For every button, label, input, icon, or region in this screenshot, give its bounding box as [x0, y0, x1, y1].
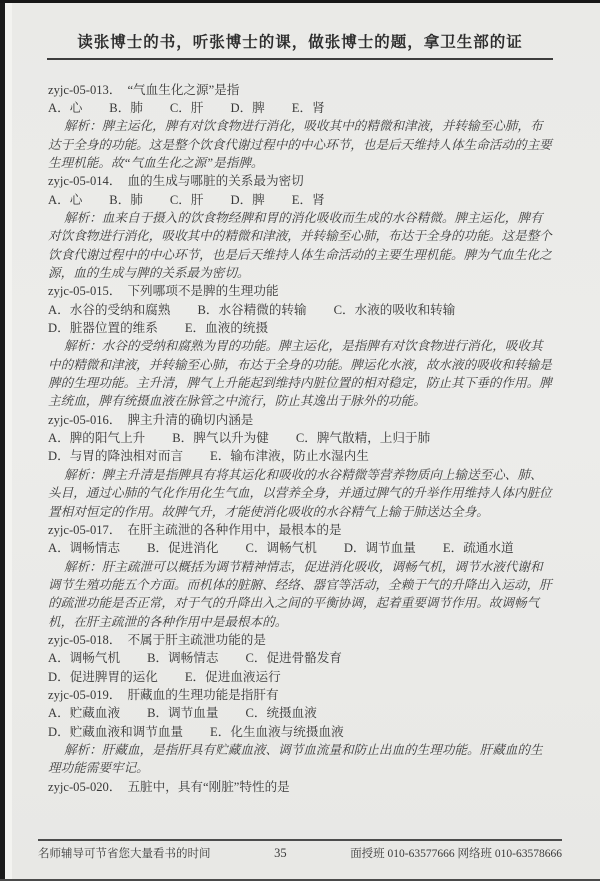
question-block: zyjc-05-020．五脏中，具有“刚脏”特性的是: [48, 778, 555, 796]
option-item: B．脾气以升为健: [172, 429, 269, 447]
options-line: D．与胃的降浊相对而言E．输布津液，防止水湿内生: [48, 447, 555, 465]
options-line: A．心B．肺C．肝D．脾E．肾: [48, 191, 555, 209]
questions-content: zyjc-05-013．“气血生化之源”是指 A．心B．肺C．肝D．脾E．肾 解…: [48, 81, 555, 796]
option-item: C．调畅气机: [245, 539, 316, 557]
analysis-label: 解析：: [64, 468, 102, 482]
option-item: C．肝: [170, 99, 204, 117]
question-id: zyjc-05-013．: [48, 83, 121, 97]
question-block: zyjc-05-014．血的生成与哪脏的关系最为密切 A．心B．肺C．肝D．脾E…: [48, 172, 555, 282]
analysis-paragraph: 解析：脾主运化，脾有对饮食物进行消化，吸收其中的精微和津液，并转输至心肺，布达于…: [48, 117, 555, 172]
question-id: zyjc-05-016．: [48, 413, 121, 427]
header-rule: [47, 58, 553, 60]
option-item: B．促进消化: [147, 539, 218, 557]
question-id: zyjc-05-019．: [48, 688, 121, 702]
question-stem-text: 在肝主疏泄的各种作用中，最根本的是: [127, 523, 341, 537]
question-block: zyjc-05-013．“气血生化之源”是指 A．心B．肺C．肝D．脾E．肾 解…: [48, 81, 555, 173]
option-item: E．血液的统摄: [185, 319, 268, 337]
option-item: E．疏通水道: [443, 539, 514, 557]
option-item: D．调节血量: [344, 539, 416, 557]
option-item: E．促进血液运行: [185, 668, 281, 686]
analysis-text: 脾主升清是指脾具有将其运化和吸收的水谷精微等营养物质向上输送至心、肺、头目，通过…: [48, 468, 552, 519]
options-line: D．脏器位置的维系E．血液的统摄: [48, 319, 555, 337]
analysis-label: 解析：: [64, 339, 102, 353]
options-line: A．调畅气机B．调畅情志C．促进骨骼发育: [48, 649, 555, 667]
question-stem-text: 下列哪项不是脾的生理功能: [127, 284, 278, 298]
option-item: A．贮藏血液: [48, 704, 120, 722]
option-item: B．水谷精微的转输: [197, 301, 306, 319]
option-item: B．肺: [109, 191, 143, 209]
question-stem: zyjc-05-014．血的生成与哪脏的关系最为密切: [48, 172, 555, 190]
option-item: C．肝: [170, 191, 204, 209]
analysis-text: 脾主运化，脾有对饮食物进行消化，吸收其中的精微和津液，并转输至心肺，布达于全身的…: [48, 119, 552, 170]
option-item: A．心: [48, 191, 82, 209]
footer-left-text: 名师辅导可节省您大量看书的时间: [38, 845, 211, 861]
option-item: E．化生血液与统摄血液: [210, 723, 344, 741]
header-slogan: 读张博士的书，听张博士的课，做张博士的题，拿卫生部的证: [0, 34, 600, 53]
option-item: D．脏器位置的维系: [48, 319, 158, 337]
analysis-text: 血来自于摄入的饮食物经脾和胃的消化吸收而生成的水谷精微。脾主运化，脾有对饮食物进…: [48, 211, 552, 280]
question-block: zyjc-05-019．肝藏血的生理功能是指肝有 A．贮藏血液B．调节血量C．统…: [48, 686, 555, 778]
analysis-paragraph: 解析：肝藏血，是指肝具有贮藏血液、调节血流量和防止出血的生理功能。肝藏血的生理功…: [48, 741, 555, 778]
question-id: zyjc-05-018．: [48, 633, 121, 647]
option-item: A．调畅气机: [48, 649, 120, 667]
question-block: zyjc-05-017．在肝主疏泄的各种作用中，最根本的是 A．调畅情志B．促进…: [48, 521, 555, 631]
option-item: C．促进骨骼发育: [245, 649, 342, 667]
option-item: D．贮藏血液和调节血量: [48, 723, 183, 741]
question-block: zyjc-05-016．脾主升清的确切内涵是 A．脾的阳气上升B．脾气以升为健C…: [48, 411, 555, 521]
question-stem: zyjc-05-020．五脏中，具有“刚脏”特性的是: [48, 778, 555, 796]
option-item: C．水液的吸收和转输: [334, 301, 456, 319]
options-line: A．心B．肺C．肝D．脾E．肾: [48, 99, 555, 117]
question-id: zyjc-05-014．: [48, 174, 121, 188]
question-id: zyjc-05-017．: [48, 523, 121, 537]
option-item: B．肺: [109, 99, 143, 117]
analysis-paragraph: 解析：肝主疏泄可以概括为调节精神情志，促进消化吸收，调畅气机，调节水液代谢和调节…: [48, 558, 555, 631]
option-item: E．肾: [292, 99, 325, 117]
footer-page-number: 35: [274, 846, 287, 861]
option-item: E．肾: [292, 191, 325, 209]
option-item: D．脾: [230, 99, 264, 117]
analysis-text: 肝藏血，是指肝具有贮藏血液、调节血流量和防止出血的生理功能。肝藏血的生理功能需要…: [48, 743, 543, 775]
analysis-paragraph: 解析：脾主升清是指脾具有将其运化和吸收的水谷精微等营养物质向上输送至心、肺、头目…: [48, 466, 555, 521]
question-block: zyjc-05-018．不属于肝主疏泄功能的是 A．调畅气机B．调畅情志C．促进…: [48, 631, 555, 686]
option-item: D．与胃的降浊相对而言: [48, 447, 183, 465]
question-stem-text: “气血生化之源”是指: [127, 83, 239, 97]
analysis-text: 肝主疏泄可以概括为调节精神情志，促进消化吸收，调畅气机，调节水液代谢和调节生殖功…: [48, 560, 552, 629]
option-item: B．调畅情志: [147, 649, 218, 667]
question-stem-text: 五脏中，具有“刚脏”特性的是: [127, 780, 289, 794]
options-line: D．贮藏血液和调节血量E．化生血液与统摄血液: [48, 723, 555, 741]
option-item: A．心: [48, 99, 82, 117]
options-line: D．促进脾胃的运化E．促进血液运行: [48, 668, 555, 686]
question-id: zyjc-05-015．: [48, 284, 121, 298]
analysis-label: 解析：: [64, 743, 102, 757]
question-stem: zyjc-05-018．不属于肝主疏泄功能的是: [48, 631, 555, 649]
options-line: A．贮藏血液B．调节血量C．统摄血液: [48, 704, 555, 722]
option-item: C．统摄血液: [245, 704, 316, 722]
question-stem: zyjc-05-016．脾主升清的确切内涵是: [48, 411, 555, 429]
question-stem: zyjc-05-019．肝藏血的生理功能是指肝有: [48, 686, 555, 704]
question-stem: zyjc-05-017．在肝主疏泄的各种作用中，最根本的是: [48, 521, 555, 539]
analysis-label: 解析：: [64, 211, 102, 225]
option-item: D．促进脾胃的运化: [48, 668, 158, 686]
question-stem: zyjc-05-013．“气血生化之源”是指: [48, 81, 555, 99]
question-stem-text: 不属于肝主疏泄功能的是: [127, 633, 266, 647]
option-item: E．输布津液，防止水湿内生: [210, 447, 369, 465]
question-block: zyjc-05-015．下列哪项不是脾的生理功能 A．水谷的受纳和腐熟B．水谷精…: [48, 282, 555, 410]
analysis-paragraph: 解析：水谷的受纳和腐熟为胃的功能。脾主运化，是指脾有对饮食物进行消化，吸收其中的…: [48, 337, 555, 410]
analysis-text: 水谷的受纳和腐熟为胃的功能。脾主运化，是指脾有对饮食物进行消化，吸收其中的精微和…: [48, 339, 552, 408]
analysis-label: 解析：: [64, 560, 102, 574]
question-stem-text: 脾主升清的确切内涵是: [127, 413, 253, 427]
question-stem-text: 肝藏血的生理功能是指肝有: [127, 688, 278, 702]
option-item: A．水谷的受纳和腐熟: [48, 301, 170, 319]
question-stem-text: 血的生成与哪脏的关系最为密切: [127, 174, 303, 188]
options-line: A．脾的阳气上升B．脾气以升为健C．脾气散精，上归于肺: [48, 429, 555, 447]
analysis-paragraph: 解析：血来自于摄入的饮食物经脾和胃的消化吸收而生成的水谷精微。脾主运化，脾有对饮…: [48, 209, 555, 282]
analysis-label: 解析：: [64, 119, 102, 133]
option-item: C．脾气散精，上归于肺: [296, 429, 430, 447]
option-item: A．脾的阳气上升: [48, 429, 145, 447]
page-footer: 名师辅导可节省您大量看书的时间 35 面授班 010-63577666 网络班 …: [38, 839, 562, 861]
options-line: A．水谷的受纳和腐熟B．水谷精微的转输C．水液的吸收和转输: [48, 301, 555, 319]
footer-right-text: 面授班 010-63577666 网络班 010-63578666: [350, 845, 562, 861]
question-id: zyjc-05-020．: [48, 780, 121, 794]
scanned-document-page: 读张博士的书，听张博士的课，做张博士的题，拿卫生部的证 zyjc-05-013．…: [0, 0, 600, 881]
scan-left-margin: [5, 3, 12, 881]
option-item: D．脾: [230, 191, 264, 209]
options-line: A．调畅情志B．促进消化C．调畅气机D．调节血量E．疏通水道: [48, 539, 555, 557]
option-item: A．调畅情志: [48, 539, 120, 557]
question-stem: zyjc-05-015．下列哪项不是脾的生理功能: [48, 282, 555, 300]
option-item: B．调节血量: [147, 704, 218, 722]
